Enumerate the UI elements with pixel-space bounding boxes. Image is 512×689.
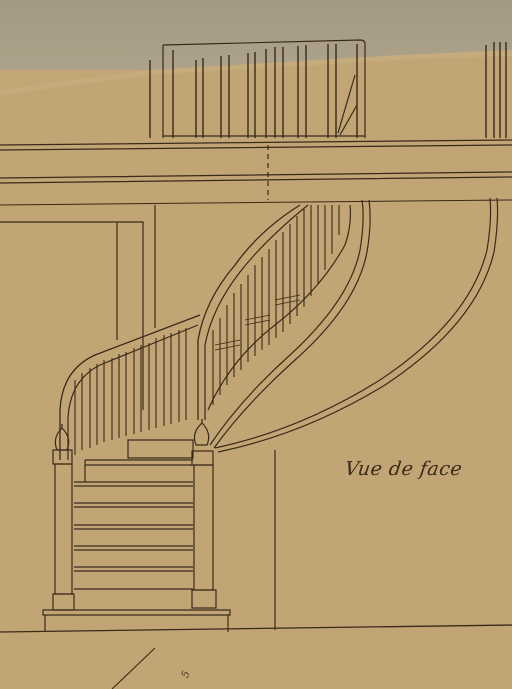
view-caption: Vue de face xyxy=(343,458,463,480)
staircase-drawing xyxy=(0,0,512,689)
drawing-sheet: Bo Pr Oc xyxy=(0,0,512,689)
